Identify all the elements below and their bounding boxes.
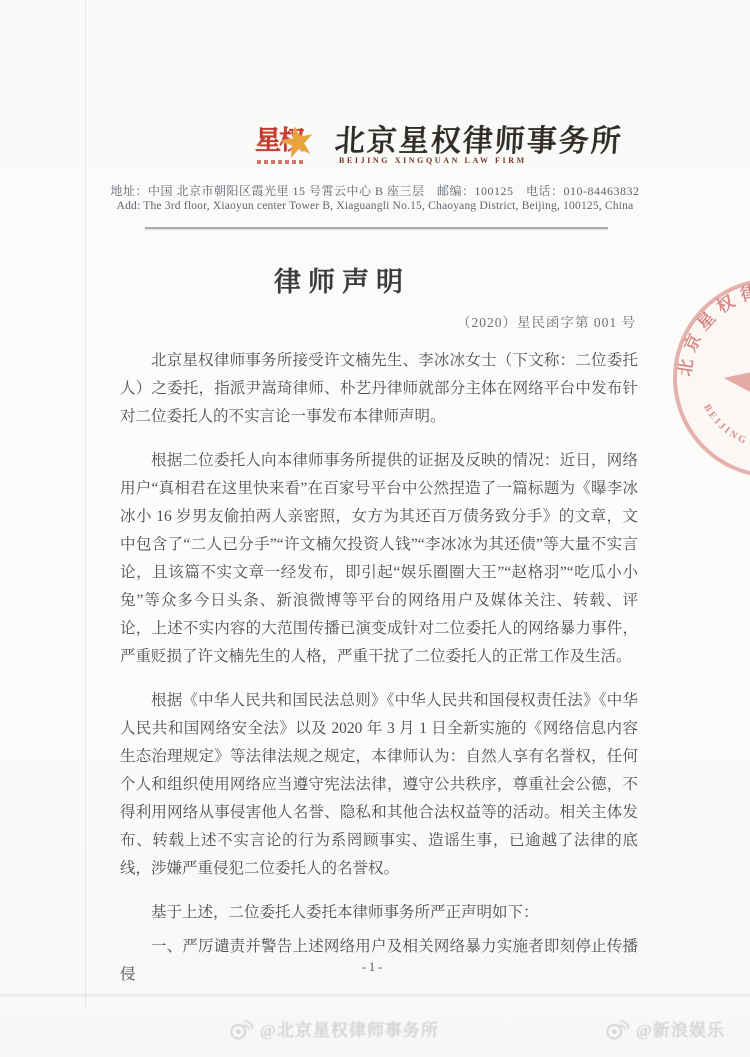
firm-name-chinese: 北京星权律师事务所 bbox=[334, 116, 636, 160]
document-title: 律师声明 bbox=[0, 260, 717, 299]
letterhead-divider bbox=[145, 227, 608, 229]
star-icon: ★ bbox=[275, 119, 321, 168]
weibo-icon bbox=[604, 1018, 630, 1040]
page-number: - 1 - bbox=[0, 960, 747, 975]
watermark-right: @新浪娱乐 bbox=[604, 1016, 725, 1041]
firm-name-english: BEIJING XINGQUAN LAW FIRM bbox=[339, 156, 527, 165]
law-firm-seal: 北京星权律师事务所 BEIJING XINGQUAN LAW FIRM bbox=[646, 251, 750, 506]
watermark-right-text: @新浪娱乐 bbox=[636, 1016, 725, 1041]
scan-artifact-shadow bbox=[0, 994, 750, 998]
weibo-icon bbox=[228, 1018, 254, 1040]
paragraph-legal-basis: 根据《中华人民共和国民法总则》《中华人民共和国侵权责任法》《中华人民共和国网络安… bbox=[120, 687, 638, 883]
watermark-left: @北京星权律师事务所 bbox=[228, 1016, 439, 1041]
firm-address: 地址：中国 北京市朝阳区霞光里 15 号霄云中心 B 座三层 邮编：100125… bbox=[0, 183, 750, 214]
scanned-letter-page: 星权 ★ 北京星权律师事务所 BEIJING XINGQUAN LAW FIRM… bbox=[0, 0, 750, 1057]
statement-body: 北京星权律师事务所接受许文楠先生、李冰冰女士（下文称：二位委托人）之委托，指派尹… bbox=[120, 347, 638, 1005]
scan-artifact-line bbox=[85, 0, 86, 1008]
paragraph-commission: 北京星权律师事务所接受许文楠先生、李冰冰女士（下文称：二位委托人）之委托，指派尹… bbox=[120, 347, 638, 431]
paragraph-declaration-intro: 基于上述，二位委托人委托本律师事务所严正声明如下： bbox=[120, 899, 638, 927]
firm-address-chinese: 地址：中国 北京市朝阳区霞光里 15 号霄云中心 B 座三层 邮编：100125… bbox=[0, 183, 750, 199]
firm-address-english: Add: The 3rd floor, Xiaoyun center Tower… bbox=[0, 199, 750, 214]
watermark-left-text: @北京星权律师事务所 bbox=[260, 1016, 439, 1041]
document-number: （2020）星民函字第 001 号 bbox=[457, 311, 636, 331]
paragraph-facts: 根据二位委托人向本律师事务所提供的证据及反映的情况：近日，网络用户“真相君在这里… bbox=[120, 447, 638, 671]
